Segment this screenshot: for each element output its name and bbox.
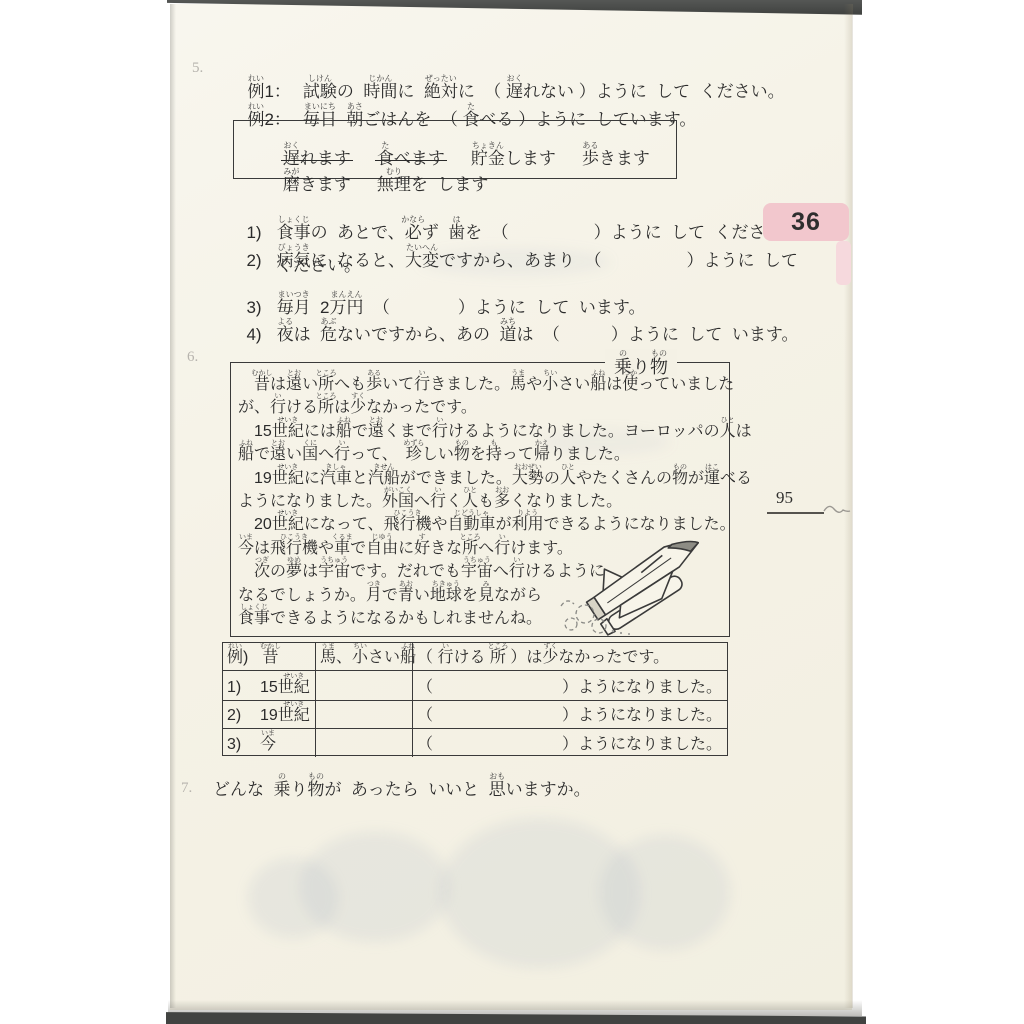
page-number: 95 (776, 488, 793, 508)
question-4-text: 夜よるは 危あぶないですから、あの 道みちは （ ）ように して います。 (277, 325, 799, 344)
bleed-through-artifact (248, 858, 338, 938)
page-left-edge (170, 4, 176, 1008)
vocabulary-box: 遅おくれます食たべます貯金ちょきんします歩あるきます 磨みがきます無理むりを し… (233, 120, 677, 179)
era-value: 今いま (260, 730, 276, 754)
table-cell-vehicle-2 (316, 701, 413, 729)
passage-line: 19世紀せいきに汽車きしゃと汽船きせんができました。大勢おおぜいの人ひとやたくさ… (238, 464, 724, 487)
row-label: 2) (227, 708, 251, 725)
table-cell-vehicle-3 (316, 729, 413, 757)
question-2-number: 2) (246, 252, 261, 270)
vocab-word: 無理むりを します (377, 167, 488, 194)
lesson-number-tab: 36 (763, 203, 849, 241)
section-number-6: 6. (187, 349, 198, 366)
table-cell-answer-3: （）ようになりました。 (413, 729, 727, 757)
table-cell-answer-2: （）ようになりました。 (413, 701, 727, 729)
rocket-illustration (555, 536, 735, 636)
page-number-rule (767, 512, 824, 514)
passage-line: 昔むかしは遠とおい所ところへも歩あるいて行いきました。馬うまや小ちいさい船ふねは… (238, 370, 724, 393)
era-value: 昔むかし (260, 643, 281, 667)
table-cell-era-2: 2)19世紀せいき (223, 701, 316, 729)
era-value: 15世紀せいき (260, 673, 310, 697)
vocabulary-row-1: 遅おくれます食たべます貯金ちょきんします歩あるきます (264, 123, 676, 149)
table-cell-answer-1: （）ようになりました。 (413, 671, 727, 701)
row-label: 3) (227, 737, 251, 754)
section-number-5: 5. (192, 60, 203, 77)
answer-tail: ）ようになりました。 (562, 708, 722, 725)
question-7-text: どんな 乗のり物ものが あったら いいと 思おもいますか。 (213, 772, 591, 799)
passage-line: が、行いける所ところは少すくなかったです。 (238, 393, 724, 416)
vocab-word: 食たべます (377, 141, 445, 168)
answer-tail: ）ようになりました。 (562, 737, 722, 754)
question-4: 4)夜よるは 危あぶないですから、あの 道みちは （ ）ように して います。 (237, 300, 798, 344)
row-label: 1) (227, 680, 251, 697)
answer-tail: ）ようになりました。 (562, 680, 722, 697)
open-paren: （ (417, 737, 433, 754)
open-paren: （ (417, 680, 433, 697)
vocab-word: 遅おくれます (283, 141, 351, 168)
era-value: 19世紀せいき (260, 701, 310, 725)
table-cell-answer-example: （ 行いける 所ところ ）は少すくなかったです。 (413, 643, 727, 671)
passage-line: 15世紀せいきには船ふねで遠とおくまで行いけるようになりました。ヨーロッパの人ひ… (238, 417, 724, 440)
question-4-number: 4) (246, 326, 261, 344)
passage-line: 20世紀せいきになって、飛行機ひこうきや自動車じどうしゃが利用りようできるように… (238, 510, 724, 533)
vocab-word: 歩あるきます (582, 141, 650, 168)
vocab-word: 磨みがきます (283, 167, 351, 194)
pen-mark (823, 502, 851, 518)
row-label: 例れい) (227, 643, 251, 667)
table-cell-era-example: 例れい)昔むかし (223, 643, 316, 671)
table-cell-vehicle-1 (316, 671, 413, 701)
table-cell-era-3: 3)今いま (223, 729, 316, 757)
table-cell-vehicle-example: 馬うま、小ちいさい船ふね (316, 643, 413, 671)
passage-line: ようになりました。外国がいこくへ行いく人ひとも多おおくなりました。 (238, 487, 724, 510)
open-paren: （ (417, 708, 433, 725)
fill-in-table: 例れい)昔むかし 馬うま、小ちいさい船ふね （ 行いける 所ところ ）は少すくな… (222, 642, 728, 756)
lesson-tab-smudge (836, 241, 851, 285)
passage-line: 船ふねで遠とおい国くにへ行いって、 珍めずらしい物ものを持もって帰かえりました。 (238, 440, 724, 463)
bleed-through-artifact (600, 835, 730, 950)
vocab-word: 貯金ちょきんします (471, 141, 556, 168)
vehicle-value: 馬うま、小ちいさい船ふね (320, 643, 416, 667)
section-number-7: 7. (181, 780, 192, 797)
answer-value: （ 行いける 所ところ ）は少すくなかったです。 (417, 643, 669, 667)
table-cell-era-1: 1)15世紀せいき (223, 671, 316, 701)
